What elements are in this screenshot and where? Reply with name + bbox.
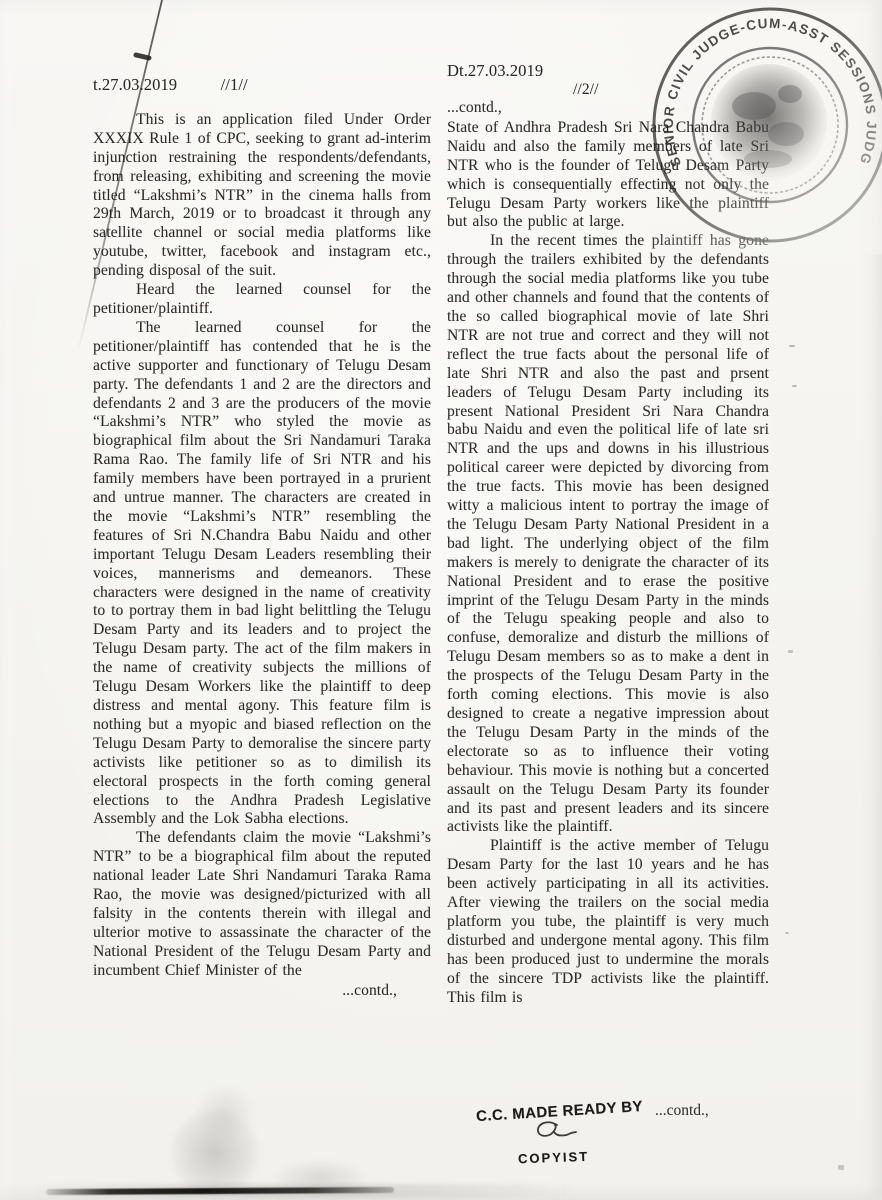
body-paragraph: In the recent times the plaintiff has go… bbox=[447, 232, 769, 837]
body-paragraph: The defendants claim the movie “Lakshmi’… bbox=[93, 829, 431, 980]
body-paragraph: The learned counsel for the petitioner/p… bbox=[93, 319, 431, 829]
page-number: //1// bbox=[221, 76, 248, 95]
body-paragraph: State of Andhra Pradesh Sri Nara Chandra… bbox=[447, 119, 769, 232]
body-paragraph: Plaintiff is the active member of Telugu… bbox=[447, 837, 769, 1007]
scanned-court-order-page: t.27.03.2019 //1// This is an applicatio… bbox=[0, 0, 882, 1200]
contd-marker: ...contd., bbox=[655, 1102, 709, 1120]
date-line: t.27.03.2019 bbox=[93, 75, 177, 94]
contd-marker: ...contd., bbox=[93, 982, 431, 1001]
page-2-column: Dt.27.03.2019 //2// ...contd., State of … bbox=[447, 62, 769, 1008]
scan-speck bbox=[838, 1165, 844, 1170]
scan-speck bbox=[789, 345, 795, 347]
page-2-header: Dt.27.03.2019 //2// bbox=[447, 62, 769, 98]
scan-speck bbox=[792, 385, 797, 387]
copyist-stamp: COPYIST bbox=[518, 1149, 590, 1166]
page-1-column: t.27.03.2019 //1// This is an applicatio… bbox=[93, 76, 431, 1001]
body-paragraph: Heard the learned counsel for the petiti… bbox=[93, 281, 431, 319]
copyist-signature-icon bbox=[533, 1120, 579, 1146]
date-line: Dt.27.03.2019 bbox=[447, 61, 543, 80]
body-paragraph: This is an application filed Under Order… bbox=[93, 111, 431, 281]
page-1-header: t.27.03.2019 //1// bbox=[93, 76, 431, 95]
contd-marker: ...contd., bbox=[447, 98, 769, 117]
page-number: //2// bbox=[573, 81, 769, 98]
scan-speck bbox=[788, 650, 793, 653]
scan-speck bbox=[785, 932, 789, 934]
